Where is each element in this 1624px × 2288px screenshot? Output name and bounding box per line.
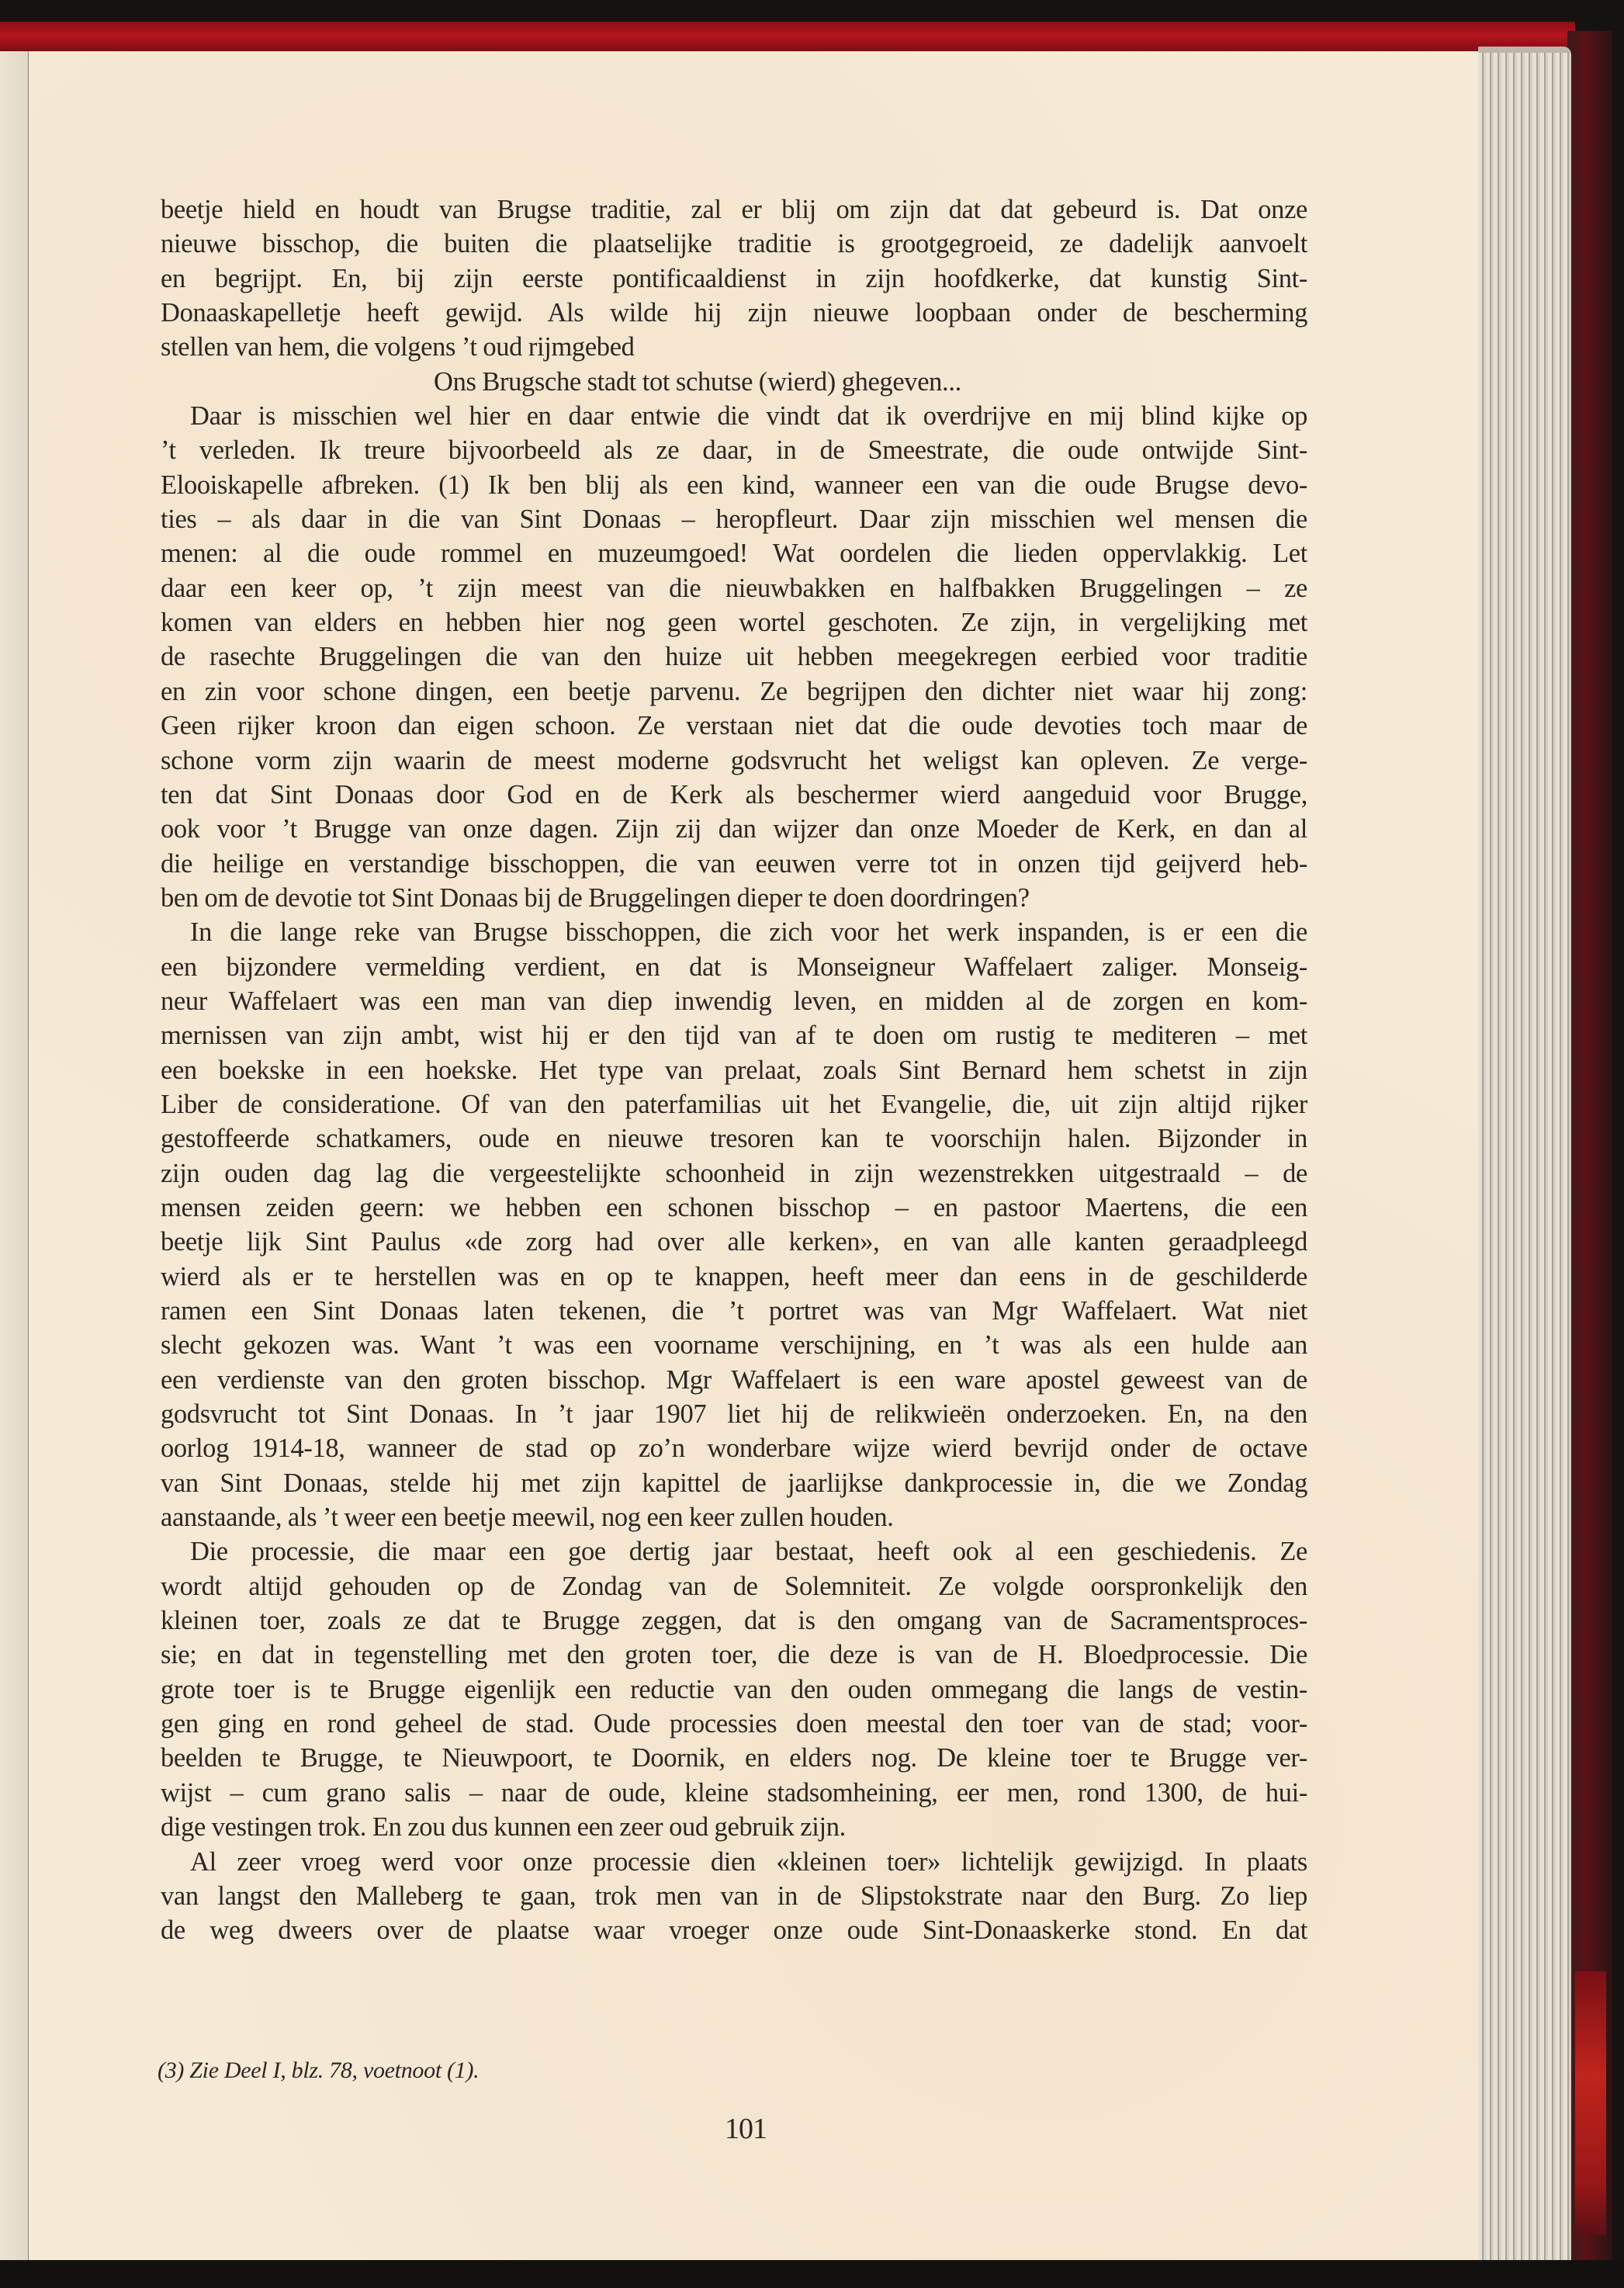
text-line: gestoffeerde schatkamers, oude en nieuwe… xyxy=(161,1121,1307,1156)
paragraph-start-line: Daar is misschien wel hier en daar entwi… xyxy=(161,399,1307,433)
text-line: dige vestingen trok. En zou dus kunnen e… xyxy=(161,1810,1307,1844)
book-cover-right-edge xyxy=(1567,31,1612,2262)
text-line: grote toer is te Brugge eigenlijk een re… xyxy=(161,1673,1307,1707)
text-line: beetje lijk Sint Paulus «de zorg had ove… xyxy=(161,1225,1307,1259)
text-line: schone vorm zijn waarin de meest moderne… xyxy=(161,744,1307,778)
bottom-background xyxy=(0,2260,1624,2288)
book-page: beetje hield en houdt van Brugse traditi… xyxy=(29,51,1478,2263)
text-line: neur Waffelaert was een man van diep inw… xyxy=(161,984,1307,1018)
text-line: gen ging en rond geheel de stad. Oude pr… xyxy=(161,1707,1307,1741)
text-line: komen van elders en hebben hier nog geen… xyxy=(161,605,1307,640)
text-line: een boekske in een hoekske. Het type van… xyxy=(161,1053,1307,1087)
text-line: mensen zeiden geern: we hebben een schon… xyxy=(161,1191,1307,1225)
text-line: Liber de consideratione. Of van den pate… xyxy=(161,1087,1307,1121)
text-line: Elooiskapelle afbreken. (1) Ik ben blij … xyxy=(161,468,1307,502)
text-line: wijst – cum grano salis – naar de oude, … xyxy=(161,1776,1307,1810)
paragraph-start-line: Die processie, die maar een goe dertig j… xyxy=(161,1534,1307,1569)
text-line: beetje hield en houdt van Brugse traditi… xyxy=(161,192,1307,227)
verse-quote: Ons Brugsche stadt tot schutse (wierd) g… xyxy=(161,365,1307,399)
text-line: aanstaande, als ’t weer een beetje meewi… xyxy=(161,1500,1307,1534)
text-line: beelden te Brugge, te Nieuwpoort, te Doo… xyxy=(161,1741,1307,1775)
text-line: mernissen van zijn ambt, wist hij er den… xyxy=(161,1018,1307,1052)
page-stack-edges xyxy=(1478,47,1571,2269)
text-line: een bijzondere vermelding verdient, en d… xyxy=(161,950,1307,984)
text-line: ten dat Sint Donaas door God en de Kerk … xyxy=(161,778,1307,812)
text-line: ’t verleden. Ik treure bijvoorbeeld als … xyxy=(161,433,1307,467)
text-line: ben om de devotie tot Sint Donaas bij de… xyxy=(161,881,1307,915)
text-line: menen: al die oude rommel en muzeumgoed!… xyxy=(161,536,1307,570)
text-line: slecht gekozen was. Want ’t was een voor… xyxy=(161,1328,1307,1362)
paragraph-start-line: Al zeer vroeg werd voor onze processie d… xyxy=(161,1845,1307,1879)
page-body-text: beetje hield en houdt van Brugse traditi… xyxy=(161,192,1307,1948)
text-line: die heilige en verstandige bisschoppen, … xyxy=(161,847,1307,881)
text-line: sie; en dat in tegenstelling met den gro… xyxy=(161,1638,1307,1672)
text-line: godsvrucht tot Sint Donaas. In ’t jaar 1… xyxy=(161,1397,1307,1431)
page-number: 101 xyxy=(725,2112,767,2146)
adjacent-page-sliver xyxy=(0,51,29,2271)
book-cover-top-edge xyxy=(0,22,1575,53)
paragraph-start-line: In die lange reke van Brugse bisschoppen… xyxy=(161,915,1307,949)
text-line: ramen een Sint Donaas laten tekenen, die… xyxy=(161,1294,1307,1328)
book-cover-right-lower-edge xyxy=(1575,1971,1606,2235)
footnote: (3) Zie Deel I, blz. 78, voetnoot (1). xyxy=(158,2057,479,2084)
text-line: Geen rijker kroon dan eigen schoon. Ze v… xyxy=(161,709,1307,743)
text-line: nieuwe bisschop, die buiten die plaatsel… xyxy=(161,227,1307,261)
text-line: van langst den Malleberg te gaan, trok m… xyxy=(161,1879,1307,1913)
text-line: en begrijpt. En, bij zijn eerste pontifi… xyxy=(161,262,1307,296)
text-line: zijn ouden dag lag die vergeestelijkte s… xyxy=(161,1156,1307,1191)
text-line: Donaaskapelletje heeft gewijd. Als wilde… xyxy=(161,296,1307,330)
text-line: en zin voor schone dingen, een beetje pa… xyxy=(161,674,1307,709)
text-line: daar een keer op, ’t zijn meest van die … xyxy=(161,571,1307,605)
text-line: wierd als er te herstellen was en op te … xyxy=(161,1260,1307,1294)
book-scan-background: beetje hield en houdt van Brugse traditi… xyxy=(0,0,1624,2288)
text-line: de weg dweers over de plaatse waar vroeg… xyxy=(161,1913,1307,1947)
text-line: stellen van hem, die volgens ’t oud rijm… xyxy=(161,330,1307,364)
text-line: kleinen toer, zoals ze dat te Brugge zeg… xyxy=(161,1603,1307,1638)
text-line: de rasechte Bruggelingen die van den hui… xyxy=(161,640,1307,674)
text-line: wordt altijd gehouden op de Zondag van d… xyxy=(161,1569,1307,1603)
text-line: van Sint Donaas, stelde hij met zijn kap… xyxy=(161,1466,1307,1500)
text-line: ties – als daar in die van Sint Donaas –… xyxy=(161,502,1307,536)
text-line: oorlog 1914-18, wanneer de stad op zo’n … xyxy=(161,1431,1307,1465)
text-line: een verdienste van den groten bisschop. … xyxy=(161,1363,1307,1397)
text-line: ook voor ’t Brugge van onze dagen. Zijn … xyxy=(161,812,1307,846)
